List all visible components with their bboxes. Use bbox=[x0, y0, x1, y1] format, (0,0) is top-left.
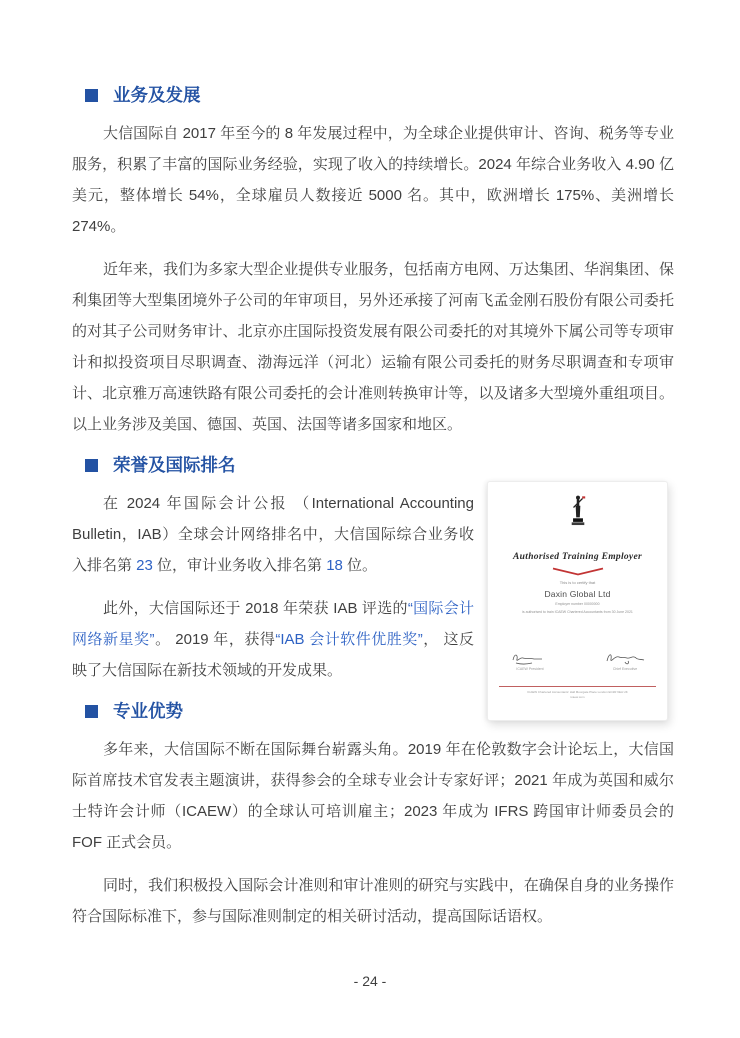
document-page: 业务及发展 大信国际自 2017 年至今的 8 年发展过程中，为全球企业提供审计… bbox=[0, 0, 740, 1038]
ranking-number-audit: 18 bbox=[326, 557, 343, 574]
certificate-red-rule bbox=[499, 686, 656, 687]
section-heading-business: 业务及发展 bbox=[85, 84, 674, 106]
icaew-certificate-image: Authorised Training Employer This is to … bbox=[487, 481, 668, 721]
signature-left: ICAEW President bbox=[508, 650, 552, 671]
red-chevron-icon bbox=[550, 567, 606, 576]
certificate-company-name: Daxin Global Ltd bbox=[544, 589, 610, 599]
business-paragraph-2: 近年来，我们为多家大型企业提供专业服务，包括南方电网、万达集团、华润集团、保利集… bbox=[72, 254, 674, 440]
certificate-signatures: ICAEW President Chief Executive bbox=[488, 650, 667, 671]
certificate-certify-line: This is to certify that bbox=[560, 580, 596, 585]
signature-right-label: Chief Executive bbox=[613, 667, 637, 671]
ranking-number-comprehensive: 23 bbox=[136, 557, 153, 574]
business-paragraph-1: 大信国际自 2017 年至今的 8 年发展过程中，为全球企业提供审计、咨询、税务… bbox=[72, 118, 674, 242]
certificate-footer: ICAEW Chartered Accountants' Hall Moorga… bbox=[527, 690, 628, 699]
certificate-title: Authorised Training Employer bbox=[513, 552, 642, 562]
honors-paragraph-2: 此外，大信国际还于 2018 年荣获 IAB 评选的“国际会计网络新星奖”。 2… bbox=[72, 593, 474, 686]
certificate-footer-line1: ICAEW Chartered Accountants' Hall Moorga… bbox=[527, 690, 628, 695]
advantages-paragraph-2: 同时，我们积极投入国际会计准则和审计准则的研究与实践中，在确保自身的业务操作符合… bbox=[72, 870, 674, 932]
section-bullet-icon bbox=[85, 459, 98, 472]
section-heading-honors: 荣誉及国际排名 bbox=[85, 454, 674, 476]
text-run: 位，审计业务收入排名第 bbox=[153, 557, 326, 574]
certificate-employer-number: Employer number 00000000 bbox=[555, 602, 599, 606]
section-title: 荣誉及国际排名 bbox=[113, 454, 236, 476]
text-run: 。 2019 年，获得 bbox=[155, 631, 276, 648]
section-bullet-icon bbox=[85, 89, 98, 102]
honors-paragraph-1: 在 2024 年国际会计公报 （International Accounting… bbox=[72, 488, 474, 581]
text-run: 位。 bbox=[343, 557, 377, 574]
icaew-statue-icon bbox=[569, 494, 587, 530]
certificate-footer-line2: icaew.com bbox=[527, 695, 628, 700]
section-title: 业务及发展 bbox=[113, 84, 201, 106]
section-bullet-icon bbox=[85, 705, 98, 718]
text-run: 此外，大信国际还于 2018 年荣获 IAB 评选的 bbox=[103, 600, 408, 617]
signature-left-label: ICAEW President bbox=[516, 667, 543, 671]
signature-left-icon bbox=[508, 650, 552, 666]
signature-right-icon bbox=[603, 650, 647, 666]
page-number: - 24 - bbox=[0, 966, 740, 997]
signature-right: Chief Executive bbox=[603, 650, 647, 671]
certificate-authorisation-line: is authorised to train ICAEW Chartered A… bbox=[522, 610, 633, 614]
advantages-paragraph-1: 多年来，大信国际不断在国际舞台崭露头角。2019 年在伦敦数字会计论坛上，大信国… bbox=[72, 734, 674, 858]
section-title: 专业优势 bbox=[113, 700, 183, 722]
award-name-software: “IAB 会计软件优胜奖” bbox=[275, 631, 422, 648]
